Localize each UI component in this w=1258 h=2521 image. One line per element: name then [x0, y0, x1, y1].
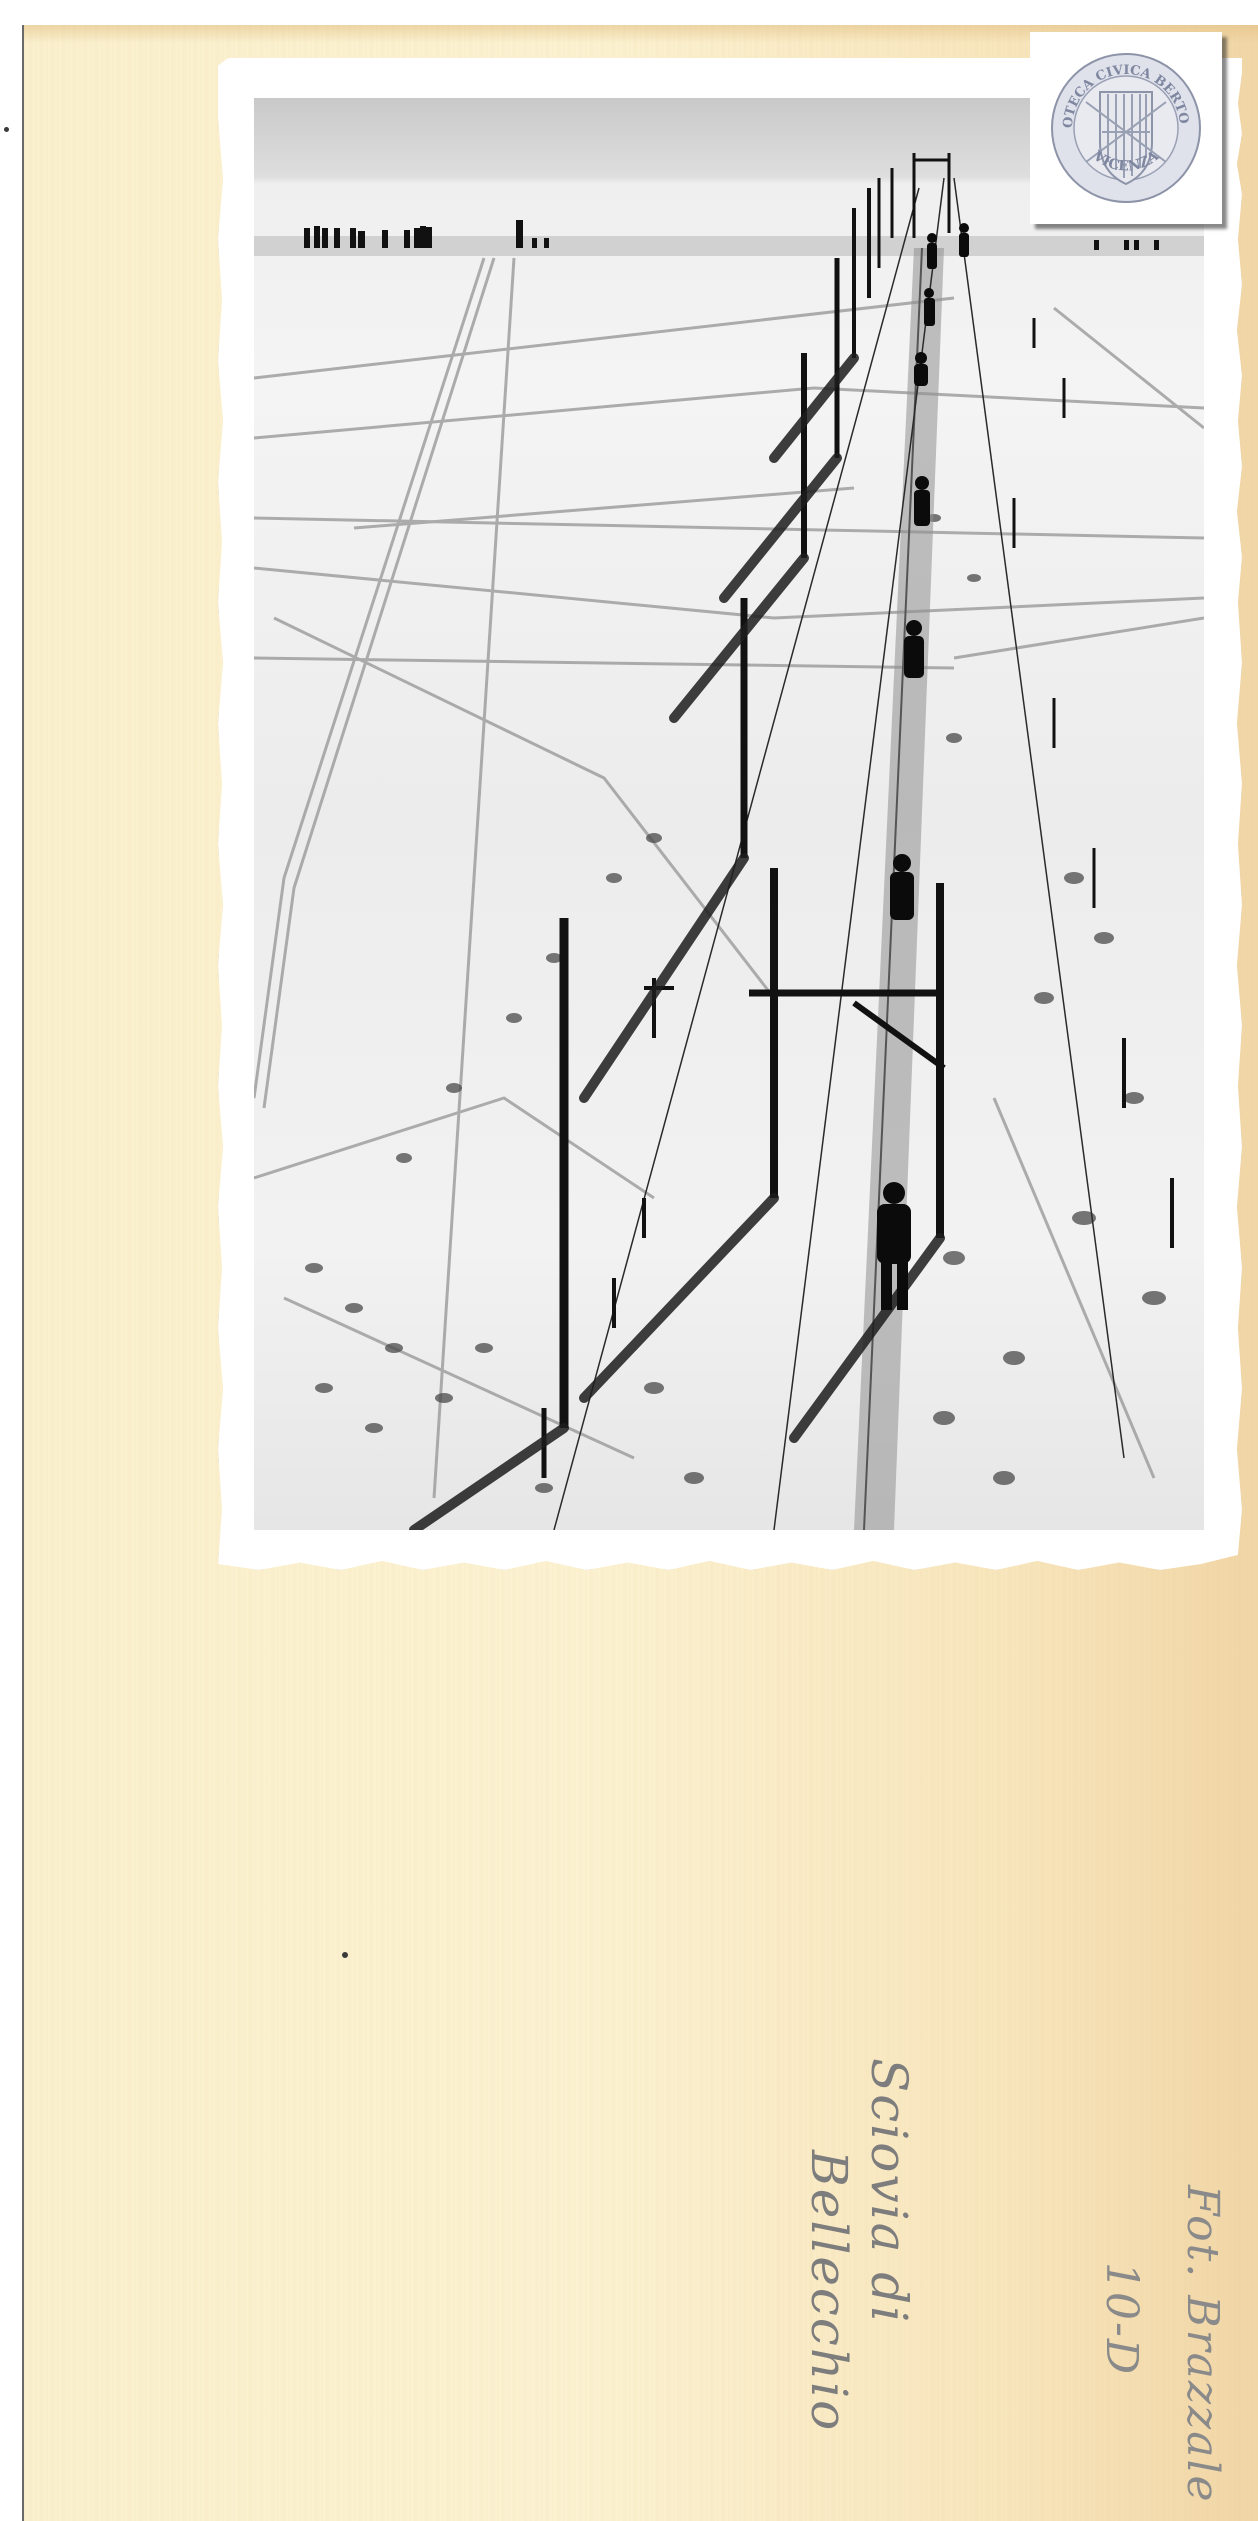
library-seal-sticker: BIBLIOTECA CIVICA BERTOLIANA VICENZA: [1030, 32, 1222, 224]
photo-drawing: [254, 98, 1204, 1530]
library-seal-icon: BIBLIOTECA CIVICA BERTOLIANA VICENZA: [1050, 52, 1202, 204]
ink-speck: [342, 1952, 348, 1958]
handwritten-title-line2: Bellecchio: [800, 2150, 858, 2432]
handwritten-title-line1: Sciovia di: [860, 2058, 918, 2324]
photo-print: [218, 58, 1242, 1570]
ink-speck: [4, 127, 9, 132]
handwritten-archive-code: 10-D: [1096, 2262, 1147, 2376]
handwritten-photo-credit: Fot. Brazzale: [1177, 2185, 1228, 2504]
ski-lift-photograph: [254, 98, 1204, 1530]
